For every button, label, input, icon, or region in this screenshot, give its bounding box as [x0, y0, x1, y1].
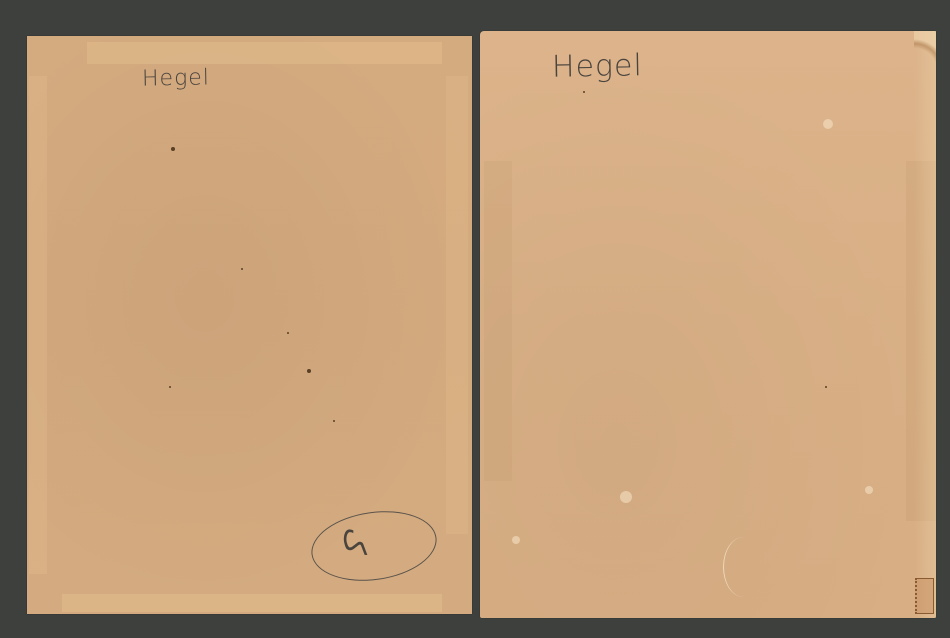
corner-stain [914, 31, 936, 71]
stain-spot [825, 386, 827, 388]
stain-spot [333, 420, 335, 422]
right-card: Hegel [480, 31, 936, 618]
stain-spot [169, 386, 171, 388]
tape-residue-top [87, 42, 442, 64]
stain-spot [583, 91, 585, 93]
edge-fade [914, 31, 936, 618]
stain-spot [287, 332, 289, 334]
annotation-mark: ک [337, 527, 373, 555]
light-spot [620, 491, 632, 503]
tape-residue-left [29, 76, 47, 574]
light-spot [823, 119, 833, 129]
tape-residue-right [446, 76, 468, 534]
left-card-handwriting: Hegel [142, 65, 210, 91]
light-spot [865, 486, 873, 494]
light-spot [512, 536, 520, 544]
tape-residue-left [484, 161, 512, 481]
right-card-handwriting: Hegel [552, 48, 643, 85]
stamp-fragment [915, 578, 934, 614]
crease-arc [723, 537, 764, 597]
stain-spot [171, 147, 175, 151]
left-card: Hegel ک [27, 36, 472, 614]
stain-spot [241, 268, 243, 270]
tape-residue-bottom [62, 594, 442, 612]
circled-annotation: ک [307, 504, 441, 589]
stain-spot [307, 369, 311, 373]
